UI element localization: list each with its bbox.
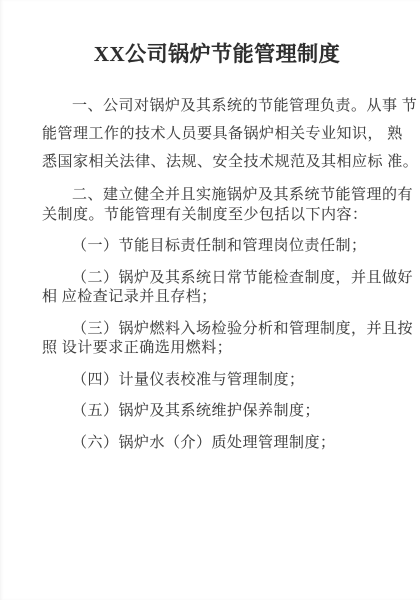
paragraph-intro-two: 二、建立健全并且实施锅炉及其系统节能管理的有 关制度。节能管理有关制度至少包括以… [42,186,404,225]
paragraph-intro-one: 一、公司对锅炉及其系统的节能管理负责。从事 节 能管理工作的技术人员要具备锅炉相… [42,92,404,176]
text-line: （六）锅炉水（介）质处理管理制度； [42,434,404,454]
document-title: XX公司锅炉节能管理制度 [42,40,392,68]
document-page: XX公司锅炉节能管理制度 一、公司对锅炉及其系统的节能管理负责。从事 节 能管理… [0,0,420,600]
list-item-4: （四）计量仪表校准与管理制度； [42,371,404,391]
text-line: （三）锅炉燃料入场检验分析和管理制度，并且按 [42,320,404,340]
text-line: 能管理工作的技术人员要具备锅炉相关专业知识， 熟 [42,120,404,148]
text-line: 一、公司对锅炉及其系统的节能管理负责。从事 节 [42,92,404,120]
text-line: （二）锅炉及其系统日常节能检查制度，并且做好 [42,269,404,289]
list-item-1: （一）节能目标责任制和管理岗位责任制； [42,237,404,257]
text-line: 照 设计要求正确选用燃料； [42,339,404,359]
list-item-6: （六）锅炉水（介）质处理管理制度； [42,434,404,454]
text-line: 关制度。节能管理有关制度至少包括以下内容： [42,206,404,226]
list-item-2: （二）锅炉及其系统日常节能检查制度，并且做好 相 应检查记录并且存档； [42,269,404,308]
list-item-5: （五）锅炉及其系统维护保养制度； [42,402,404,422]
text-line: （五）锅炉及其系统维护保养制度； [42,402,404,422]
text-line: 悉国家相关法律、法规、安全技术规范及其相应标 准。 [42,148,404,176]
text-line: 二、建立健全并且实施锅炉及其系统节能管理的有 [42,186,404,206]
text-line: （一）节能目标责任制和管理岗位责任制； [42,237,404,257]
list-item-3: （三）锅炉燃料入场检验分析和管理制度，并且按 照 设计要求正确选用燃料； [42,320,404,359]
text-line: 相 应检查记录并且存档； [42,288,404,308]
text-line: （四）计量仪表校准与管理制度； [42,371,404,391]
